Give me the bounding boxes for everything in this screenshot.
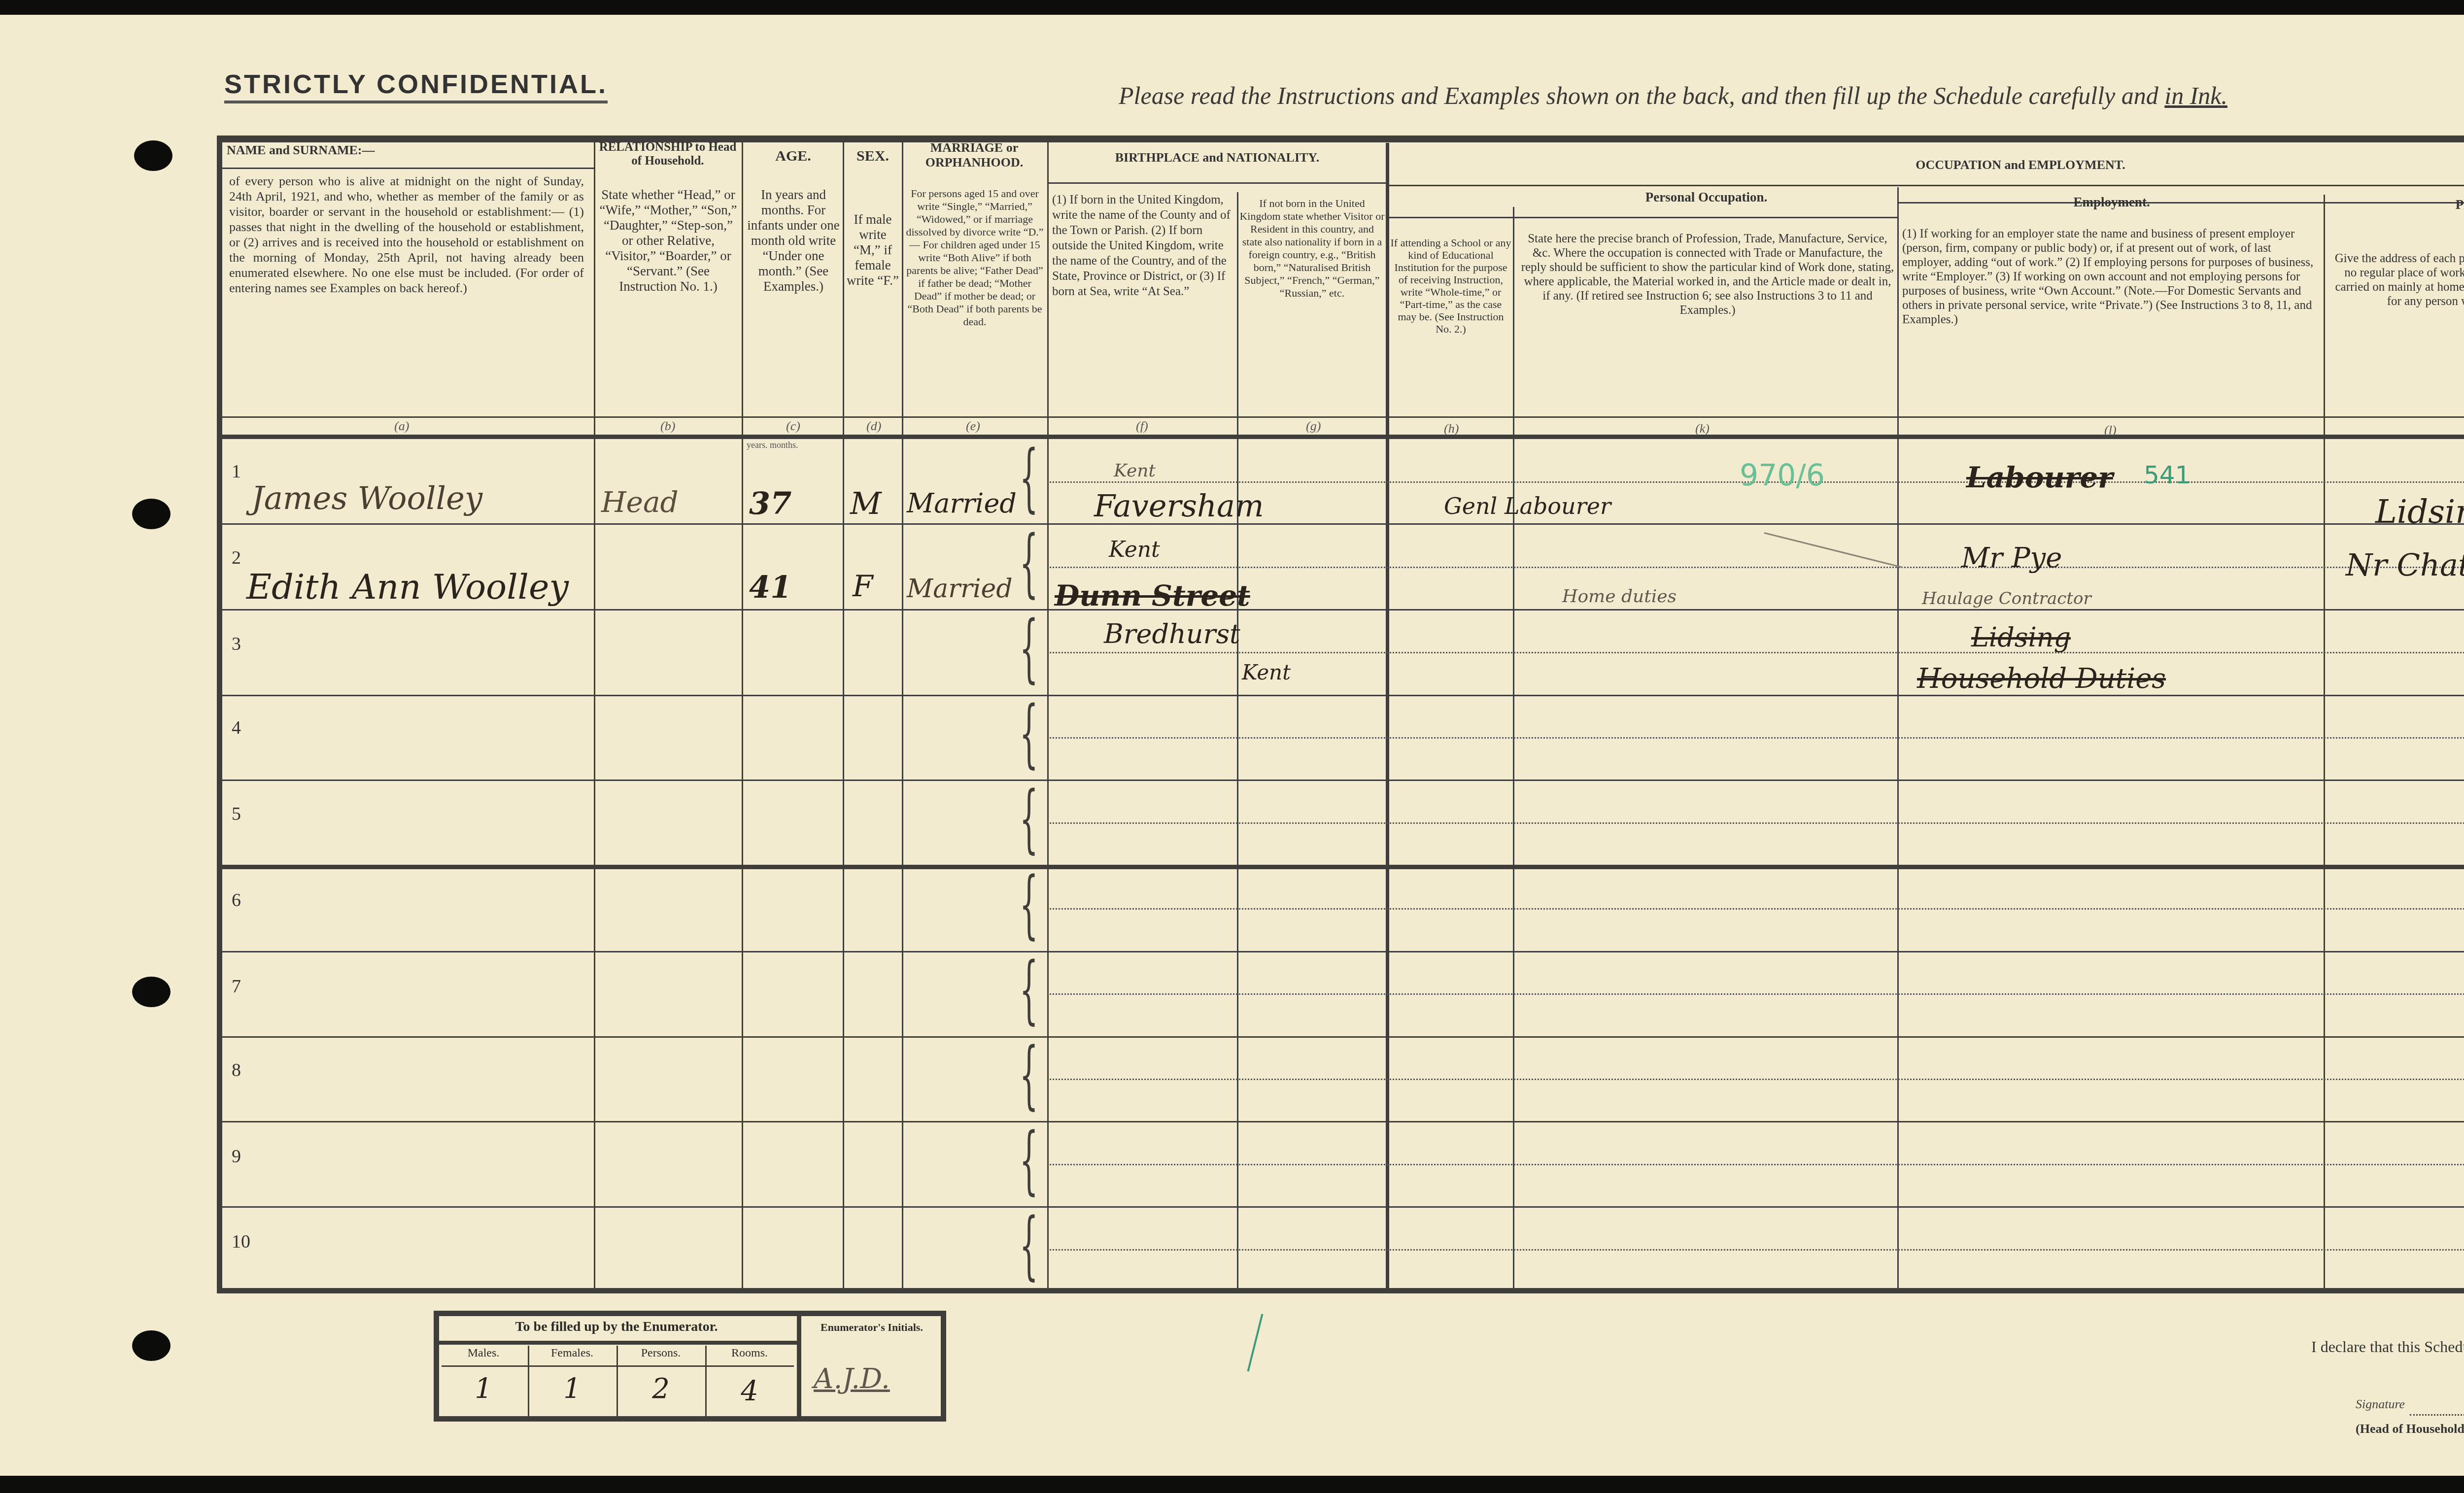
row-number: 4 bbox=[232, 717, 241, 739]
row1-sex[interactable]: M bbox=[850, 485, 881, 521]
header-birthplace-group: BIRTHPLACE and NATIONALITY. bbox=[1050, 150, 1385, 165]
row1-name[interactable]: James Woolley bbox=[251, 480, 482, 517]
row2-birthplace-town[interactable]: Dunn Street bbox=[1055, 579, 1250, 612]
row-number: 2 bbox=[232, 547, 241, 569]
instructions-line: Please read the Instructions and Example… bbox=[1119, 81, 2227, 110]
header-employment: Employment. bbox=[1900, 195, 2324, 210]
header-school-instructions: If attending a School or any kind of Edu… bbox=[1390, 237, 1512, 335]
header-sex: SEX. bbox=[844, 148, 902, 165]
row-number: 8 bbox=[232, 1059, 241, 1081]
row1-employment-code: 541 bbox=[2144, 461, 2190, 489]
col-letter-h: (h) bbox=[1444, 421, 1459, 436]
row1-marriage[interactable]: Married bbox=[907, 488, 1017, 519]
persons-count[interactable]: 2 bbox=[616, 1373, 705, 1405]
punch-hole bbox=[132, 499, 171, 529]
row2-occupation[interactable]: Home duties bbox=[1562, 586, 1677, 607]
males-count[interactable]: 1 bbox=[439, 1373, 528, 1405]
enumerator-initials[interactable]: A.J.D. bbox=[814, 1363, 890, 1395]
row-number: 5 bbox=[232, 803, 241, 825]
row2-name[interactable]: Edith Ann Woolley bbox=[246, 567, 569, 607]
rooms-count[interactable]: 4 bbox=[705, 1375, 794, 1407]
females-count[interactable]: 1 bbox=[528, 1373, 616, 1405]
header-place-of-work-instructions: Give the address of each person's place … bbox=[2331, 251, 2464, 308]
row-number: 10 bbox=[232, 1231, 250, 1253]
col-letter-l: (l) bbox=[2104, 423, 2117, 438]
row1-age[interactable]: 37 bbox=[749, 485, 791, 521]
row-number: 3 bbox=[232, 633, 241, 655]
col-letter-b: (b) bbox=[660, 419, 675, 434]
header-relationship: RELATIONSHIP to Head of Household. bbox=[596, 140, 739, 168]
row2-age[interactable]: 41 bbox=[749, 569, 791, 605]
signature-line bbox=[2410, 1414, 2464, 1416]
row2-employment[interactable]: Mr Pye bbox=[1961, 542, 2062, 574]
header-birthplace-instructions: (1) If born in the United Kingdom, write… bbox=[1052, 192, 1235, 299]
punch-hole bbox=[132, 1330, 171, 1361]
col-letter-d: (d) bbox=[866, 419, 881, 434]
header-personal-occupation: Personal Occupation. bbox=[1515, 190, 1897, 205]
row-number: 9 bbox=[232, 1146, 241, 1167]
col-letter-g: (g) bbox=[1306, 419, 1321, 434]
row2-employment-extra[interactable]: Lidsing bbox=[1971, 622, 2071, 653]
header-nationality-instructions: If not born in the United Kingdom state … bbox=[1239, 197, 1385, 300]
row-number: 6 bbox=[232, 889, 241, 911]
row2-birthplace-extra[interactable]: Bredhurst bbox=[1104, 618, 1240, 649]
row1-birthplace-county[interactable]: Kent bbox=[1114, 461, 1156, 481]
header-name-instructions: of every person who is alive at midnight… bbox=[229, 173, 584, 296]
row2-birthplace-county[interactable]: Kent bbox=[1109, 537, 1160, 562]
col-letter-c: (c) bbox=[786, 419, 800, 434]
row2-birthplace-extra2[interactable]: Kent bbox=[1242, 660, 1291, 684]
page-title: STRICTLY CONFIDENTIAL. bbox=[224, 69, 608, 103]
row2-employment-extra2[interactable]: Household Duties bbox=[1917, 663, 2166, 695]
row1-birthplace-town[interactable]: Faversham bbox=[1094, 488, 1264, 524]
row1-relationship[interactable]: Head bbox=[601, 485, 679, 519]
header-place-of-work: Place of Work. bbox=[2326, 197, 2464, 212]
header-sex-instructions: If male write “M,” if female write “F.” bbox=[845, 212, 900, 288]
signature-note: (Head of Household, Manager of Establish… bbox=[2356, 1422, 2464, 1436]
row1-place-of-work[interactable]: Lidsing bbox=[2375, 493, 2464, 531]
punch-hole bbox=[132, 977, 171, 1007]
col-letter-k: (k) bbox=[1695, 421, 1710, 436]
col-letter-f: (f) bbox=[1136, 419, 1148, 434]
row-number: 7 bbox=[232, 976, 241, 997]
row1-occupation-code: 970/6 bbox=[1740, 458, 1825, 493]
header-marriage-instructions: For persons aged 15 and over write “Sing… bbox=[904, 187, 1045, 328]
declaration-text: I declare that this Schedule is correctl… bbox=[2311, 1338, 2464, 1356]
row2-sex[interactable]: F bbox=[853, 569, 873, 604]
header-age-instructions: In years and months. For infants under o… bbox=[747, 187, 840, 294]
signature-label: Signature bbox=[2356, 1397, 2405, 1412]
header-name: NAME and SURNAME:— bbox=[227, 143, 582, 158]
header-relationship-instructions: State whether “Head,” or “Wife,” “Mother… bbox=[597, 187, 739, 294]
row2-marriage[interactable]: Married bbox=[907, 574, 1013, 604]
row2-place-of-work[interactable]: Nr Chatham bbox=[2346, 547, 2464, 583]
row1-occupation[interactable]: Genl Labourer bbox=[1444, 493, 1611, 519]
col-letter-e: (e) bbox=[966, 419, 980, 434]
enumerator-summary-box: To be filled up by the Enumerator. Enume… bbox=[434, 1311, 946, 1422]
age-subheads: years. months. bbox=[747, 440, 798, 450]
header-personal-occupation-instructions: State here the precise branch of Profess… bbox=[1520, 232, 1895, 317]
header-age: AGE. bbox=[745, 148, 841, 165]
header-occupation-group: OCCUPATION and EMPLOYMENT. bbox=[1676, 158, 2365, 172]
col-letter-a: (a) bbox=[394, 419, 409, 434]
row1-employment[interactable]: Labourer bbox=[1966, 461, 2113, 494]
header-marriage: MARRIAGE or ORPHANHOOD. bbox=[903, 140, 1046, 170]
row2-employment-sub[interactable]: Haulage Contractor bbox=[1922, 589, 2091, 609]
header-employment-instructions: (1) If working for an employer state the… bbox=[1902, 227, 2321, 327]
punch-hole bbox=[134, 140, 172, 171]
row-number: 1 bbox=[232, 461, 241, 482]
